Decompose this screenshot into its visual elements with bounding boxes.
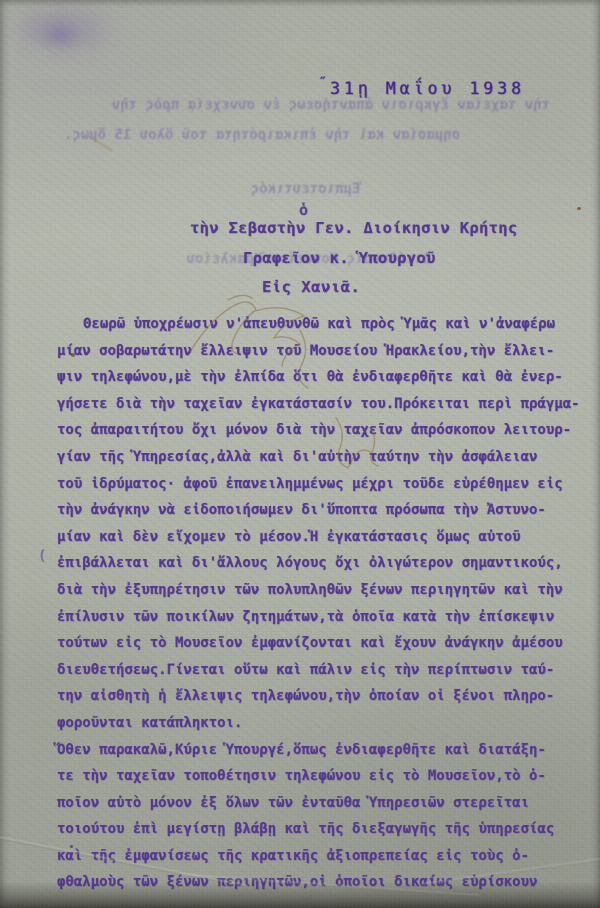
bleedthrough-line: σημασίαν καὶ τὴν ἐπικαιρότητα τοῦ ὅλου 1… bbox=[62, 127, 462, 143]
typed-line: τοῦ ἱδρύματος· ἀφοῦ ἐπανειλημμένως μέχρι… bbox=[57, 471, 592, 498]
typed-line: διὰ τὴν ἐξυπηρέτησιν τῶν πολυπληθῶν ξένω… bbox=[57, 577, 592, 604]
date-line: 31ῃ Μαΐου 1938 bbox=[330, 79, 525, 98]
typed-line: τος ἀπαραιτήτου ὄχι μόνον διὰ τὴν ταχεῖα… bbox=[57, 417, 592, 444]
typed-line: φοροῦνται κατάπληκτοι. bbox=[57, 710, 592, 737]
ink-speck bbox=[577, 207, 581, 210]
typed-line: διευθετήσεως.Γίνεται οὕτω καὶ πάλιν εἰς … bbox=[57, 657, 592, 684]
recipient-line: τὴν Σεβαστὴν Γεν. Διοίκησιν Κρήτης bbox=[190, 219, 517, 237]
recipient-city-line: Εἰς Χανιᾶ. bbox=[262, 278, 360, 296]
typed-line: φθαλμοὺς τῶν ξένων περιηγητῶν,οἱ ὁποῖοι … bbox=[57, 869, 592, 896]
typed-line: Θεωρῶ ὑποχρέωσιν ν'ἀπευθυνθῶ καὶ πρὸς Ὑμ… bbox=[57, 311, 592, 338]
margin-mark: ( bbox=[38, 548, 46, 564]
ink-smudge bbox=[40, 22, 80, 48]
typed-line: ἐπίλυσιν τῶν ποικίλων ζητημάτων,τὰ ὁποῖα… bbox=[57, 604, 592, 631]
typed-line: τε τὴν ταχεῖαν τοποθέτησιν τηλεφώνου εἰς… bbox=[57, 763, 592, 790]
typed-line: Ὅθεν παρακαλῶ,Κύριε Ὑπουργέ,ὅπως ἐνδιαφε… bbox=[57, 737, 592, 764]
typed-line: τούτων εἰς τὸ Μουσεῖον ἐμφανίζονται καὶ … bbox=[57, 630, 592, 657]
typed-line: τὴν ἀνάγκην νὰ εἰδοποιήσωμεν δι'ὕποπτα π… bbox=[57, 497, 592, 524]
typed-line: καὶ τῆς ἐμφανίσεως τῆς κρατικῆς ἀξιοπρεπ… bbox=[57, 843, 592, 870]
typed-line: μίαν καὶ δὲν εἴχομεν τὸ μέσον.Ἡ ἐγκατάστ… bbox=[57, 524, 592, 551]
letter-page: ˝ 31ῃ Μαΐου 1938 τὴν ταχεῖαν ἔγκρισιν ἀπ… bbox=[0, 0, 600, 908]
typed-line: ἐπιβάλλεται καὶ δι'ἄλλους λόγους ὄχι ὀλι… bbox=[57, 550, 592, 577]
bleedthrough-confidential: Ἐμπιστευτικός bbox=[218, 181, 393, 197]
article-mark: ὁ bbox=[299, 201, 308, 219]
typed-line: ψιν τηλεφώνου,μὲ τὴν ἐλπίδα ὅτι θὰ ἐνδια… bbox=[57, 364, 592, 391]
typed-line: ποῖον αὐτὸ μόνον ἐξ ὅλων τῶν ἐνταῦθα Ὑπη… bbox=[57, 790, 592, 817]
typed-line: μίαν σοβαρωτάτην ἔλλειψιν τοῦ Μουσείου Ἡ… bbox=[57, 338, 592, 365]
ink-smudge bbox=[18, 4, 113, 52]
typed-line: την αἰσθητὴ ἡ ἔλλειψις τηλεφώνου,τὴν ὁπο… bbox=[57, 683, 592, 710]
letter-body: Θεωρῶ ὑποχρέωσιν ν'ἀπευθυνθῶ καὶ πρὸς Ὑμ… bbox=[57, 311, 592, 896]
recipient-office-line: Γραφεῖον κ. Ὑπουργοῦ bbox=[243, 249, 436, 267]
date-stroke-mark: ˝ bbox=[318, 76, 326, 92]
typed-line: γίαν τῆς Ὑπηρεσίας,ἀλλὰ καὶ δι'αὐτὴν ταύ… bbox=[57, 444, 592, 471]
typed-line: τοιούτου ἐπὶ μεγίστῃ βλάβῃ καὶ τῆς διεξα… bbox=[57, 816, 592, 843]
typed-line: γήσετε διὰ τὴν ταχεῖαν ἐγκατάστασίν του.… bbox=[57, 391, 592, 418]
bleedthrough-line: τὴν ταχεῖαν ἔγκρισιν ἀπαντήσεως ἐν συνεχ… bbox=[42, 97, 550, 113]
